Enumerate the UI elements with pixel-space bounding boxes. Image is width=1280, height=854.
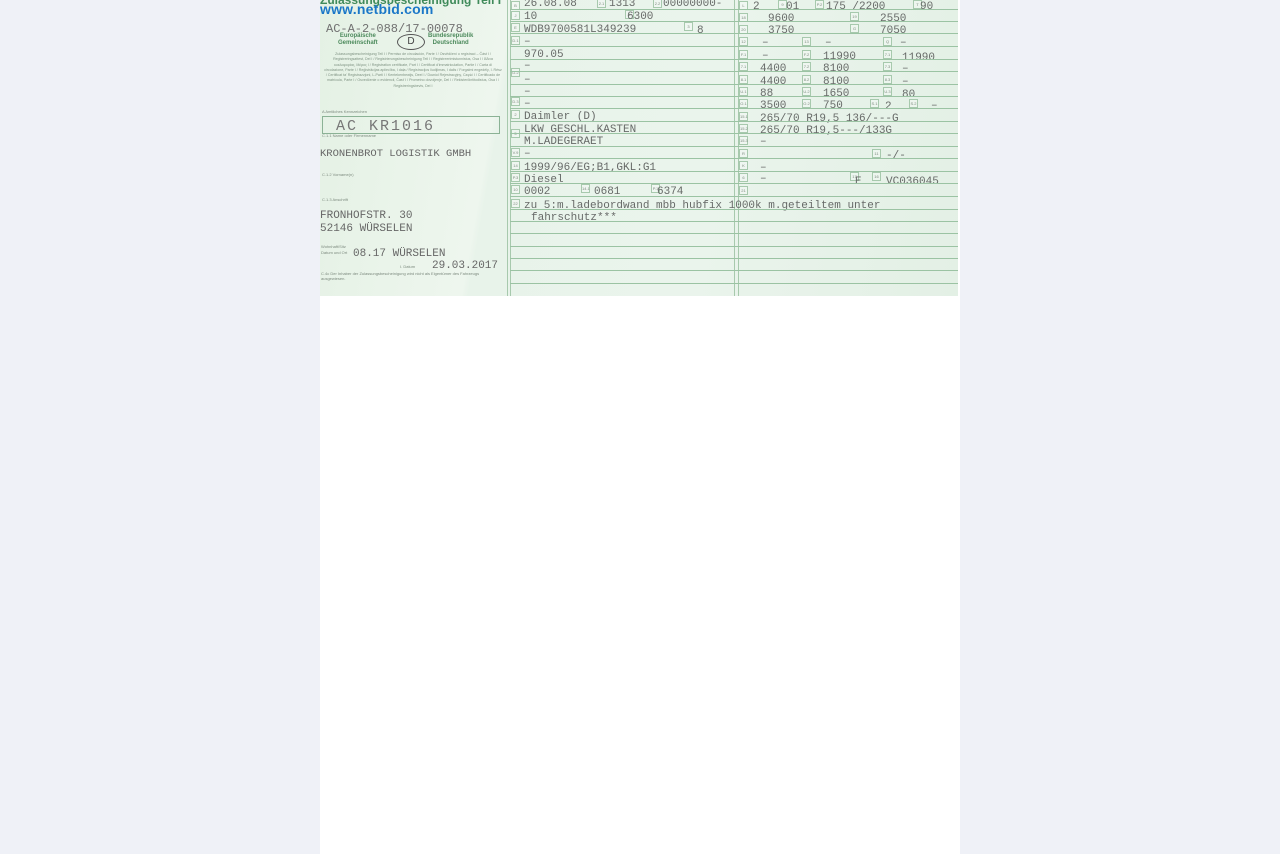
field-code-box: 11 — [872, 149, 881, 158]
country-label-line: Bundesrepublik — [428, 33, 473, 40]
height: 3750 — [768, 25, 794, 37]
field-13: – — [825, 37, 832, 49]
form-rule-line — [510, 59, 958, 60]
issue-date-label: I. Datum — [400, 264, 415, 269]
form-rule-line — [510, 46, 958, 47]
field-code-box: 13 — [802, 37, 811, 46]
field-code-box: 2.2 — [653, 0, 662, 8]
field-code-box: 15.3 — [739, 136, 748, 145]
form-rule-line — [510, 146, 958, 147]
issued-at: 08.17 WÜRSELEN — [353, 248, 445, 260]
eu-label: Europäische Gemeinschaft — [338, 33, 378, 47]
code-slash: -/- — [886, 150, 906, 162]
field-code-box: 7.1 — [739, 62, 748, 71]
field-code-box: 8.1 — [739, 75, 748, 84]
field-code-box: R — [739, 149, 748, 158]
form-rule-line — [510, 171, 958, 172]
towing-unbraked: 750 — [823, 100, 843, 112]
first-name-label: C.1.2 Vorname(n) — [322, 172, 354, 177]
field-code-box: U.2 — [802, 87, 811, 96]
field-code-box: K — [739, 161, 748, 170]
vin: WDB9700581L349239 — [524, 24, 636, 36]
seats: 2 — [885, 101, 892, 113]
field-code-box: F.2 — [802, 50, 811, 59]
code-e: E — [855, 176, 862, 188]
field-code-box: J — [511, 11, 520, 20]
field-code-box: F.1 — [739, 50, 748, 59]
axles: 2 — [753, 1, 760, 13]
emission-class: 1999/96/EG;B1,GKL:G1 — [524, 162, 656, 174]
field-code-box: 15.2 — [739, 124, 748, 133]
field-code-box: D.1 — [511, 36, 520, 45]
ownership-note: C.4c Der Inhaber der Zulassungsbescheini… — [321, 271, 501, 281]
form-rule-line — [510, 196, 958, 197]
field-12: – — [762, 37, 769, 49]
form-rule-line — [510, 133, 958, 134]
field-code-box: D.3 — [511, 97, 520, 106]
field-code-box: 7.2 — [802, 62, 811, 71]
since-label: Wohnhaft/Sitz — [321, 244, 346, 249]
tyre-axle-2: 265/70 R19,5---/133G — [760, 125, 892, 137]
field-code-box: 8.2 — [802, 75, 811, 84]
form-rule-line — [510, 108, 958, 109]
form-rule-line — [510, 84, 958, 85]
field-code-box: 21 — [739, 186, 748, 195]
towing-braked: 3500 — [760, 100, 786, 112]
panel-divider — [507, 0, 508, 296]
owner-city: 52146 WÜRSELEN — [320, 223, 412, 235]
field-code-box: S.2 — [909, 99, 918, 108]
remarks-line-2: fahrschutz*** — [531, 212, 617, 224]
owner-street: FRONHOFSTR. 30 — [320, 210, 412, 222]
form-rule-line — [510, 233, 958, 234]
country-code-oval: D — [397, 34, 425, 50]
form-rule-line — [510, 33, 958, 34]
field-code-box: 10 — [511, 185, 520, 194]
length: 9600 — [768, 13, 794, 25]
column-divider — [734, 0, 735, 296]
field-f1: – — [762, 50, 769, 62]
standing-places: – — [931, 100, 938, 112]
field-code-box: 14.1 — [581, 184, 590, 193]
field-code-box: O.2 — [802, 99, 811, 108]
curb-weight: 7050 — [880, 25, 906, 37]
form-rule-line — [510, 121, 958, 122]
code-01: 01 — [786, 1, 799, 13]
form-rule-line — [510, 246, 958, 247]
field-code-box: 15.1 — [739, 112, 748, 121]
form-rule-line — [510, 183, 958, 184]
field-code-box: E — [511, 23, 520, 32]
field-code-box: U.1 — [739, 87, 748, 96]
document-page: Zulassungsbescheinigung Teil I www.netbi… — [320, 0, 960, 854]
address-label: C.1.3 Anschrift — [322, 197, 348, 202]
max-speed: 90 — [920, 1, 933, 13]
field-code-box: 8.3 — [883, 75, 892, 84]
axle-load-2: 8100 — [823, 63, 849, 75]
field-code-box: 7.1 — [883, 50, 892, 59]
field-code-box: S.1 — [870, 99, 879, 108]
field-code-box: U.3 — [883, 87, 892, 96]
field-code-box: 6 — [739, 173, 748, 182]
field-code-box: V.9 — [511, 148, 520, 157]
form-rule-line — [510, 71, 958, 72]
owner-name-label: C.1.1 Name oder Firmenname — [322, 133, 376, 138]
field-code-box: 19 — [850, 12, 859, 21]
field-code-box: P.3 — [511, 173, 520, 182]
field-q: – — [900, 37, 907, 49]
field-code-box: O.1 — [739, 99, 748, 108]
field-code-box: 12 — [739, 37, 748, 46]
field-code-box: 3 — [684, 22, 693, 31]
field-code-box: 14 — [511, 161, 520, 170]
form-rule-line — [510, 221, 958, 222]
field-code-box: G — [850, 24, 859, 33]
max-mass: 11990 — [823, 51, 856, 63]
date-place-label: Datum und Ort — [321, 250, 347, 255]
form-rule-line — [510, 270, 958, 271]
axle-load-6: – — [902, 76, 909, 88]
field-code-box: 7.3 — [883, 62, 892, 71]
legal-text: Zulassungsbescheinigung Teil I / Permiso… — [324, 52, 502, 89]
field-code-box: 22 — [511, 199, 520, 208]
remarks-line-1: zu 5:m.ladebordwand mbb hubfix 1000k m.g… — [524, 200, 880, 212]
axle-load-4: 4400 — [760, 76, 786, 88]
axle-load-5: 8100 — [823, 76, 849, 88]
field-code-box: 2 — [511, 110, 520, 119]
field-code-box: 2.1 — [597, 0, 606, 8]
axle-load-3: – — [902, 63, 909, 75]
form-rule-line — [510, 158, 958, 159]
form-rule-line — [510, 209, 958, 210]
sound-level: 88 — [760, 88, 773, 100]
form-rule-line — [510, 21, 958, 22]
form-rule-line — [510, 258, 958, 259]
field-code-box: Q — [883, 37, 892, 46]
field-code-box: D.2 — [511, 68, 520, 77]
form-rule-line — [510, 9, 958, 10]
axle-load-1: 4400 — [760, 63, 786, 75]
plate-label: A Amtliches Kennzeichen — [322, 109, 367, 114]
vehicle-type-1: LKW GESCHL.KASTEN — [524, 124, 636, 136]
serial-number: VC036045 — [886, 176, 939, 188]
certificate-left-panel: Zulassungsbescheinigung Teil I www.netbi… — [320, 0, 506, 296]
form-rule-line — [510, 96, 958, 97]
country-label-line: Deutschland — [428, 40, 473, 47]
width: 2550 — [880, 13, 906, 25]
eu-label-line: Gemeinschaft — [338, 40, 378, 47]
form-rule-line — [510, 283, 958, 284]
registration-certificate-scan: Zulassungsbescheinigung Teil I www.netbi… — [320, 0, 958, 296]
country-label: Bundesrepublik Deutschland — [428, 33, 473, 47]
owner-name: KRONENBROT LOGISTIK GMBH — [320, 148, 471, 160]
vin-check-digit: 8 — [697, 25, 704, 37]
eu-label-line: Europäische — [338, 33, 378, 40]
tyre-axle-1: 265/70 R19,5 136/---G — [760, 113, 899, 125]
watermark-link[interactable]: www.netbid.com — [320, 1, 434, 17]
field-code-box: P.2 — [815, 0, 824, 9]
fuel-type: Diesel — [524, 174, 564, 186]
engine-speed: 1650 — [823, 88, 849, 100]
field-code-box: 16 — [872, 172, 881, 181]
